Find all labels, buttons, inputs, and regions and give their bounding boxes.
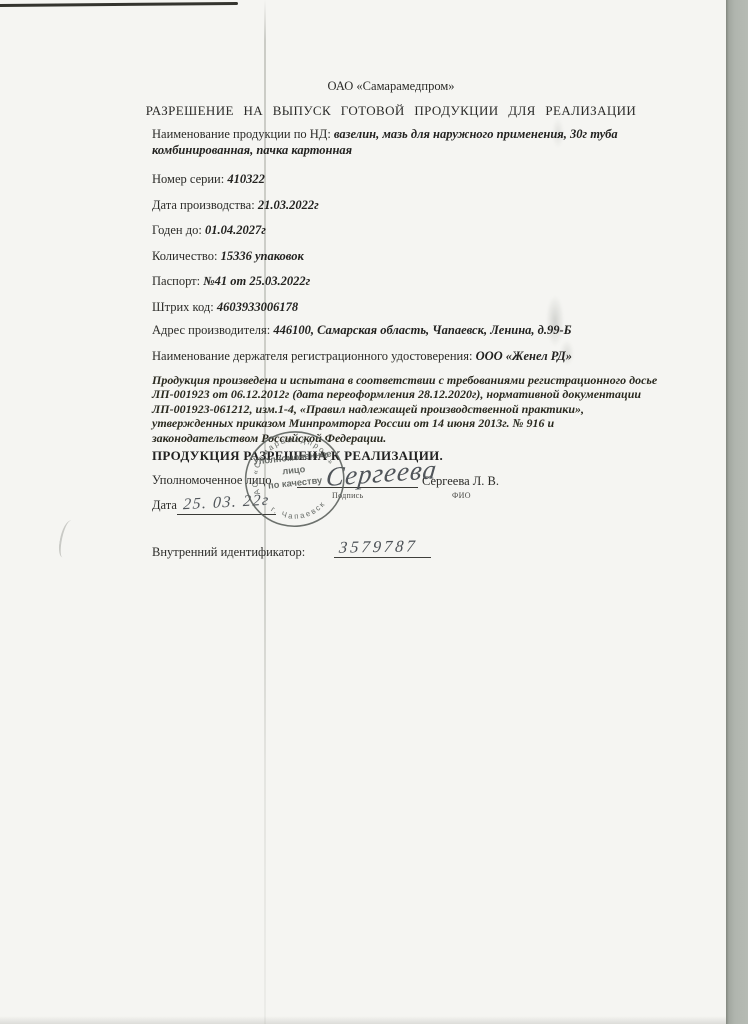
field-quantity: Количество: 15336 упаковок	[152, 249, 304, 264]
field-value: №41 от 25.03.2022г	[203, 274, 310, 288]
field-production-date: Дата производства: 21.03.2022г	[152, 198, 319, 213]
field-value: 4603933006178	[217, 300, 298, 314]
field-label: Адрес производителя:	[152, 323, 270, 337]
compliance-paragraph-line: ЛП-001923-061212, изм.1-4, «Правил надле…	[152, 402, 584, 417]
field-label: Годен до:	[152, 223, 202, 237]
pen-scuff-mark	[57, 519, 77, 559]
round-quality-stamp: АО «Самарамедпром» г. Чапаевск Уполномоч…	[235, 423, 356, 542]
field-value: 446100, Самарская область, Чапаевск, Лен…	[273, 323, 571, 337]
scan-artifact-top-edge-line	[0, 2, 238, 7]
compliance-paragraph-line: ЛП-001923 от 06.12.2012г (дата переоформ…	[152, 387, 641, 402]
scanner-bed-right-band	[726, 0, 748, 1024]
field-label: Номер серии:	[152, 172, 224, 186]
fio-caption: ФИО	[452, 491, 471, 500]
field-value: 410322	[227, 172, 265, 186]
handwritten-internal-id: 3579787	[338, 536, 418, 557]
scanned-document-page: ОАО «Самарамедпром» РАЗРЕШЕНИЕ НА ВЫПУСК…	[0, 0, 748, 1024]
organization-name: ОАО «Самарамедпром»	[152, 79, 630, 94]
stamp-center-line3: по качеству	[268, 475, 324, 491]
stamp-center-line2: лицо	[282, 464, 306, 476]
field-barcode: Штрих код: 4603933006178	[152, 300, 298, 315]
field-registration-holder: Наименование держателя регистрационного …	[152, 349, 572, 364]
compliance-paragraph-line: Продукция произведена и испытана в соотв…	[152, 373, 657, 388]
field-label: Количество:	[152, 249, 217, 263]
field-label: Наименование продукции по НД:	[152, 127, 331, 141]
compliance-paragraph-line: утвержденных приказом Минпромторга Росси…	[152, 416, 554, 431]
field-value: ООО «Женел РД»	[476, 349, 572, 363]
field-value: 15336 упаковок	[221, 249, 304, 263]
field-label: Паспорт:	[152, 274, 200, 288]
field-product-name: Наименование продукции по НД: вазелин, м…	[152, 127, 657, 158]
field-label: Дата производства:	[152, 198, 255, 212]
internal-id-label: Внутренний идентификатор:	[152, 545, 305, 560]
field-label: Наименование держателя регистрационного …	[152, 349, 472, 363]
field-value: 01.04.2027г	[205, 223, 266, 237]
field-passport: Паспорт: №41 от 25.03.2022г	[152, 274, 310, 289]
field-expiry-date: Годен до: 01.04.2027г	[152, 223, 266, 238]
field-batch-number: Номер серии: 410322	[152, 172, 265, 187]
field-manufacturer-address: Адрес производителя: 446100, Самарская о…	[152, 323, 572, 338]
date-label: Дата	[152, 498, 177, 513]
document-title: РАЗРЕШЕНИЕ НА ВЫПУСК ГОТОВОЙ ПРОДУКЦИИ Д…	[140, 103, 642, 119]
field-label: Штрих код:	[152, 300, 214, 314]
field-value: 21.03.2022г	[258, 198, 319, 212]
